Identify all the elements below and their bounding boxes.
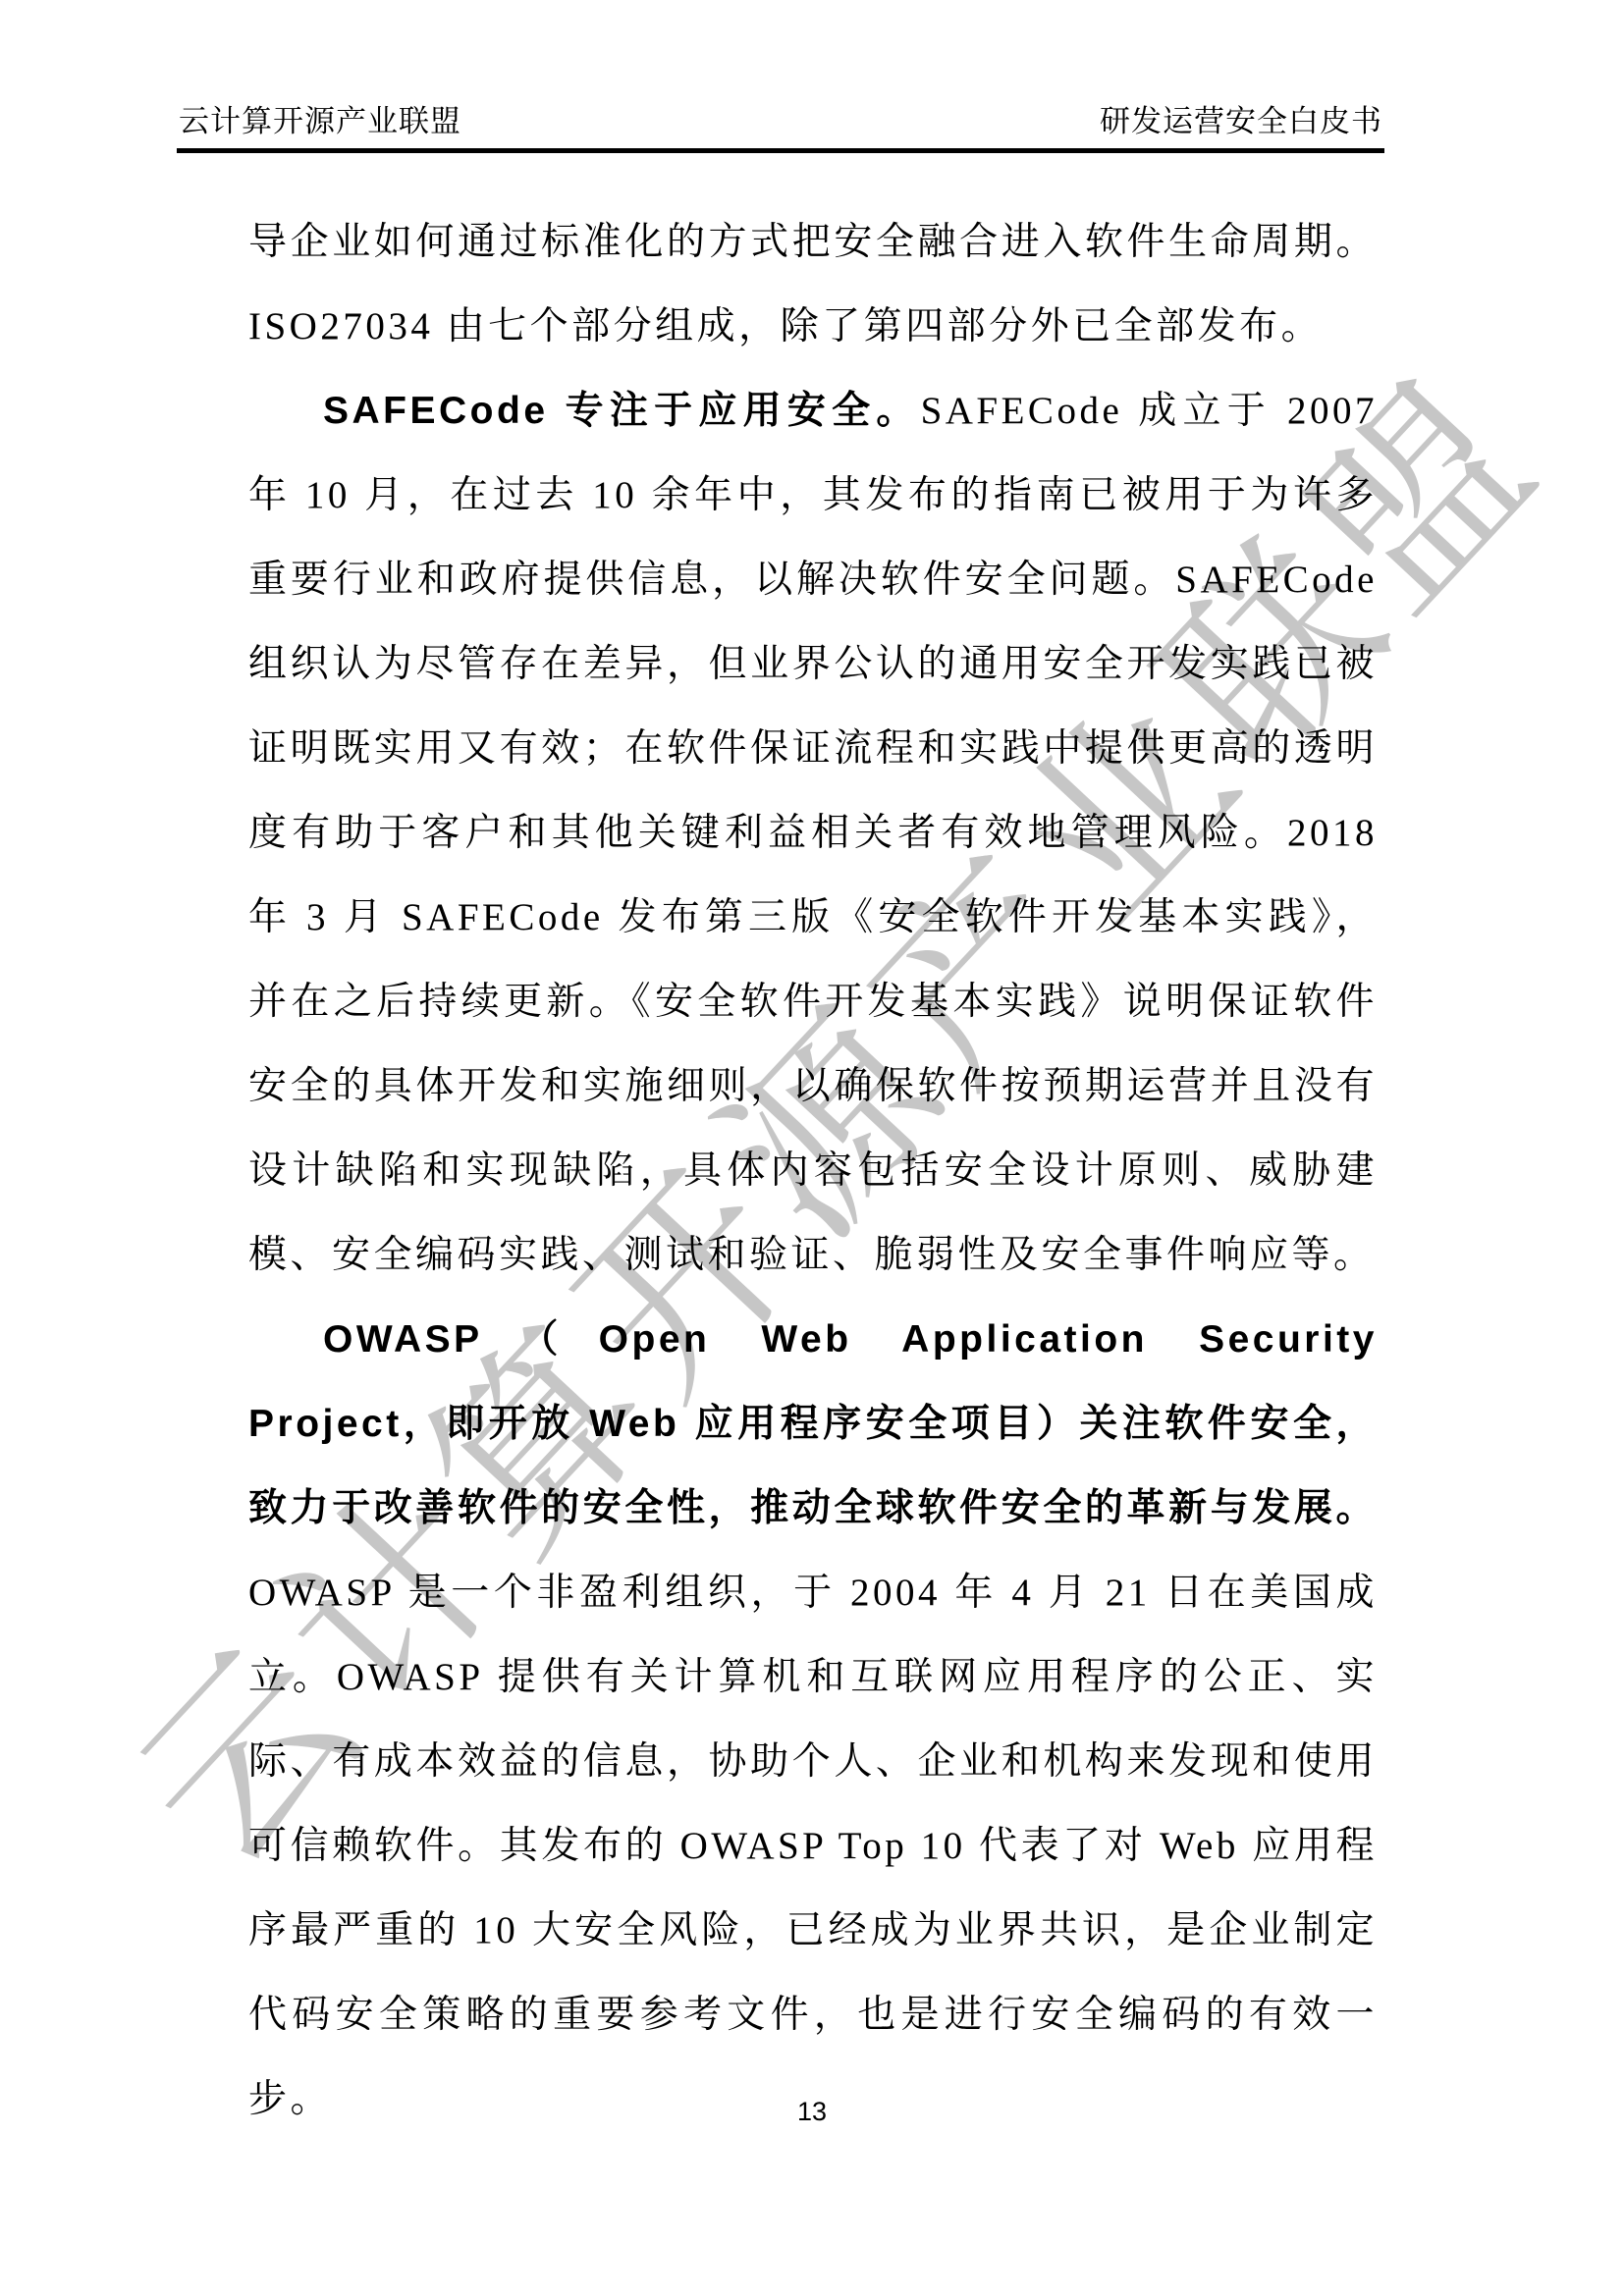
paragraph: 导企业如何通过标准化的方式把安全融合进入软件生命周期。ISO27034 由七个部… xyxy=(248,200,1378,369)
header-rule xyxy=(177,148,1384,153)
paragraph: OWASP（Open Web Application Security Proj… xyxy=(248,1298,1378,2142)
document-page: 云计算开源产业联盟 云计算开源产业联盟 研发运营安全白皮书 导企业如何通过标准化… xyxy=(0,0,1624,2296)
header-left-title: 云计算开源产业联盟 xyxy=(179,102,461,141)
page-footer: 13 xyxy=(0,2097,1624,2127)
bold-text-run: SAFECode 专注于应用安全。 xyxy=(323,390,921,432)
document-body: 导企业如何通过标准化的方式把安全融合进入软件生命周期。ISO27034 由七个部… xyxy=(248,200,1378,2142)
bold-text-run: OWASP（Open Web Application Security Proj… xyxy=(248,1318,1378,1529)
text-run: SAFECode 成立于 2007 年 10 月，在过去 10 余年中，其发布的… xyxy=(248,390,1378,1276)
page-header: 云计算开源产业联盟 研发运营安全白皮书 xyxy=(179,102,1382,141)
paragraph: SAFECode 专注于应用安全。SAFECode 成立于 2007 年 10 … xyxy=(248,369,1378,1298)
page-number: 13 xyxy=(797,2097,827,2126)
text-run: OWASP 是一个非盈利组织，于 2004 年 4 月 21 日在美国成立。OW… xyxy=(248,1572,1378,2120)
header-right-title: 研发运营安全白皮书 xyxy=(1100,102,1382,141)
text-run: 导企业如何通过标准化的方式把安全融合进入软件生命周期。ISO27034 由七个部… xyxy=(248,221,1378,347)
